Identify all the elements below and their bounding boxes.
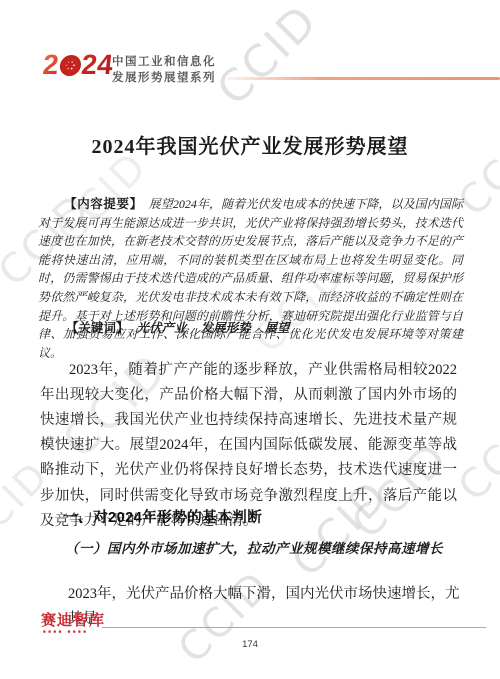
keyword-item: 发展形势 (201, 321, 251, 335)
ccid-logo-tagline: ■■■■ ■■■■ (43, 629, 89, 634)
gear-icon: ✱ (58, 55, 81, 76)
logo-year-prefix: 2 (41, 50, 60, 80)
page-number: 174 (0, 639, 500, 650)
page-title: 2024年我国光伏产业发展形势展望 (0, 130, 500, 159)
keywords-label: 【关键词】 (66, 321, 129, 335)
series-brand: 中国工业和信息化 发展形势展望系列 (112, 55, 216, 86)
ccid-watermark: CCID (207, 0, 328, 116)
header-divider (227, 77, 500, 80)
keyword-item: 光伏产业 (137, 321, 187, 335)
section-heading-1: 一、对2024年形势的基本判断 (63, 506, 262, 527)
series-brand-line2: 发展形势展望系列 (112, 71, 216, 87)
series-brand-line1: 中国工业和信息化 (112, 55, 216, 71)
abstract-label: 【内容提要】 (64, 197, 143, 211)
document-page: CCID CCID CCID CCID CCID CCID CCID CCID … (0, 0, 500, 679)
ccid-watermark: CCID (450, 400, 500, 511)
body-paragraph-2: 2023年，光伏产品价格大幅下滑，国内光伏市场快速增长，尤其是 (68, 582, 468, 632)
logo-2024: 2 ✱ 24 (41, 50, 114, 80)
keywords-row: 【关键词】光伏产业发展形势展望 (66, 318, 466, 336)
footer-divider (102, 627, 486, 628)
logo-year-suffix: 24 (80, 50, 114, 80)
ccid-thinktank-logo: 赛迪智库 (41, 609, 105, 630)
abstract-paragraph: 【内容提要】展望2024年，随着光伏发电成本的快速下降，以及国内国际对于发展可再… (38, 195, 463, 362)
keyword-item: 展望 (265, 321, 290, 335)
subsection-heading-1-1: （一）国内外市场加速扩大，拉动产业规模继续保持高速增长 (65, 537, 443, 557)
